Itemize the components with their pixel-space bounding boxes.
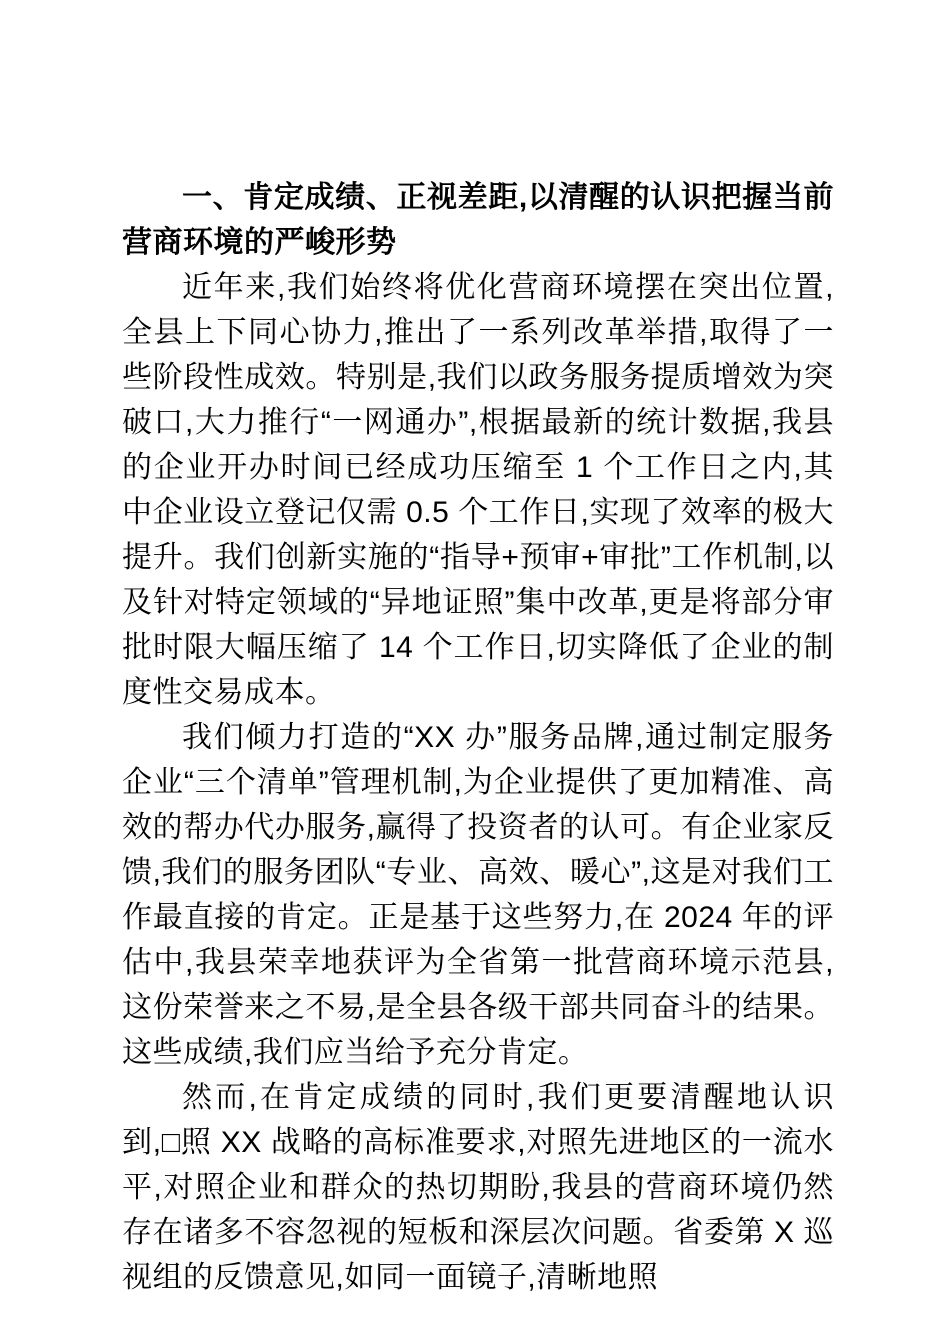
section-heading: 一、肯定成绩、正视差距,以清醒的认识把握当前营商环境的严峻形势 [122,175,834,265]
document-page: 一、肯定成绩、正视差距,以清醒的认识把握当前营商环境的严峻形势 近年来,我们始终… [0,0,950,1344]
paragraph-achievements: 近年来,我们始终将优化营商环境摆在突出位置,全县上下同心协力,推出了一系列改革举… [122,265,834,715]
paragraph-service-brand: 我们倾力打造的“XX 办”服务品牌,通过制定服务企业“三个清单”管理机制,为企业… [122,715,834,1075]
paragraph-problems: 然而,在肯定成绩的同时,我们更要清醒地认识到,□照 XX 战略的高标准要求,对照… [122,1075,834,1300]
